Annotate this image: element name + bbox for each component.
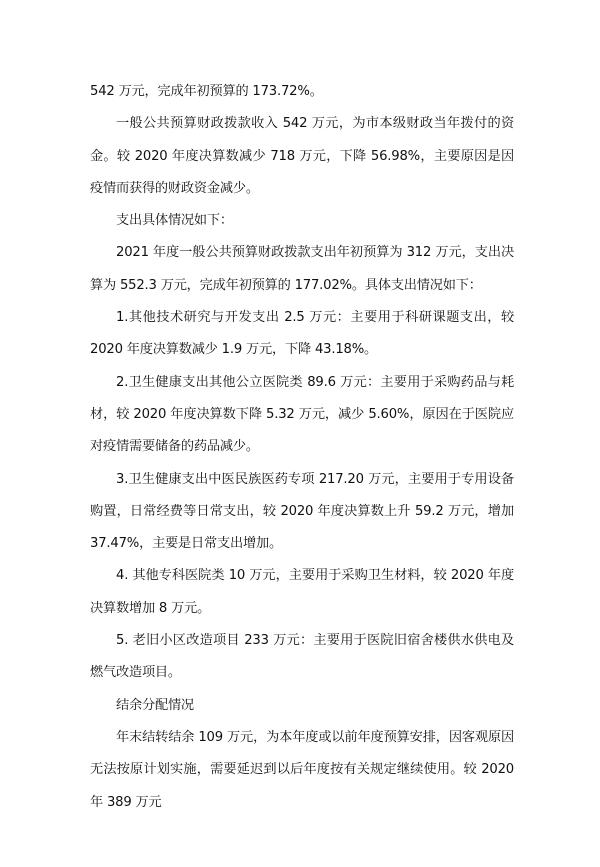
paragraph-item-1-research: 1.其他技术研究与开发支出 2.5 万元：主要用于科研课题支出，较 2020 年… <box>90 302 514 367</box>
paragraph-item-2-public-hospital: 2.卫生健康支出其他公立医院类 89.6 万元：主要用于采购药品与耗材，较 20… <box>90 367 514 464</box>
paragraph-item-5-renovation: 5. 老旧小区改造项目 233 万元：主要用于医院旧宿舍楼供水供电及燃气改造项目… <box>90 625 514 690</box>
paragraph-expenditure-summary: 2021 年度一般公共预算财政拨款支出年初预算为 312 万元，支出决算为 55… <box>90 237 514 302</box>
paragraph-item-3-tcm: 3.卫生健康支出中医民族医药专项 217.20 万元，主要用于专用设备购置，日常… <box>90 464 514 561</box>
document-page: 542 万元，完成年初预算的 173.72%。 一般公共预算财政拨款收入 542… <box>90 76 514 819</box>
paragraph-surplus-heading: 结余分配情况 <box>90 690 514 722</box>
paragraph-expenditure-heading: 支出具体情况如下： <box>90 205 514 237</box>
paragraph-budget-completion: 542 万元，完成年初预算的 173.72%。 <box>90 76 514 108</box>
paragraph-general-budget-income: 一般公共预算财政拨款收入 542 万元，为市本级财政当年拨付的资金。较 2020… <box>90 108 514 205</box>
paragraph-item-4-specialty-hospital: 4. 其他专科医院类 10 万元，主要用于采购卫生材料，较 2020 年度决算数… <box>90 560 514 625</box>
paragraph-surplus-detail: 年末结转结余 109 万元，为本年度或以前年度预算安排，因客观原因无法按原计划实… <box>90 722 514 819</box>
